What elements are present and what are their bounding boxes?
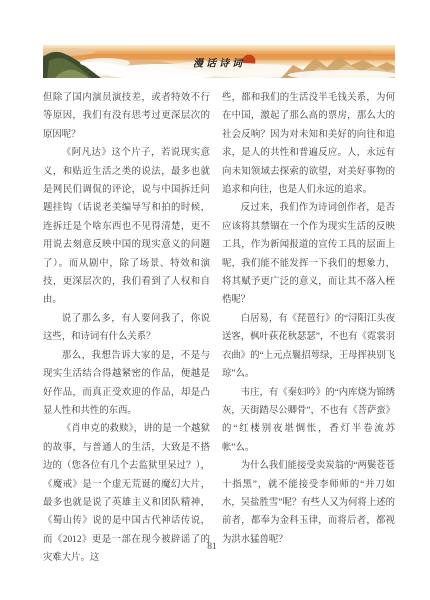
paragraph: 《阿凡达》这个片子，若说现实意义，和贴近生活之类的说法，最多也就是网民们调侃的评… [43, 144, 210, 310]
document-page: 漫话诗词 但除了国内演员演技差，或者特效不行等原因，我们有没有思考过更深层次的原… [0, 0, 430, 600]
paragraph: 白居易，有《琵琶行》的“浔阳江头夜送客，枫叶荻花秋瑟瑟”，不也有《霓裳羽衣曲》的… [222, 310, 395, 384]
paragraph: 韦庄，有《秦妇吟》的“内库烧为锦绣灰，天街踏尽公卿骨”，不也有《菩萨蛮》的“红楼… [222, 384, 395, 458]
banner-title: 漫话诗词 [193, 55, 245, 70]
paragraph: 但除了国内演员演技差，或者特效不行等原因，我们有没有思考过更深层次的原因呢？ [43, 89, 210, 144]
page-number: 81 [0, 542, 424, 552]
paragraph: 反过来，我们作为诗词创作者，是否应该将其禁锢在一个作为现实生活的反映工具，作为新… [222, 199, 395, 309]
article-column-left: 但除了国内演员演技差，或者特效不行等原因，我们有没有思考过更深层次的原因呢？ 《… [43, 89, 210, 568]
article-column-right: 些，都和我们的生活没半毛钱关系，为何在中国，激起了那么高的票房，那么大的社会反响… [222, 89, 395, 549]
paragraph: 说了那么多，有人要问我了，你说这些，和诗词有什么关系？ [43, 310, 210, 347]
header-banner: 漫话诗词 [43, 45, 395, 78]
paragraph: 那么，我想告诉大家的是，不是与现实生活结合得越紧密的作品，便越是好作品，而真正受… [43, 347, 210, 421]
paragraph: 为什么我们能接受卖炭翁的“两鬓苍苍十指黑”，就不能接受李师师的“并刀如水，吴盐胜… [222, 457, 395, 549]
paragraph: 些，都和我们的生活没半毛钱关系，为何在中国，激起了那么高的票房，那么大的社会反响… [222, 89, 395, 199]
